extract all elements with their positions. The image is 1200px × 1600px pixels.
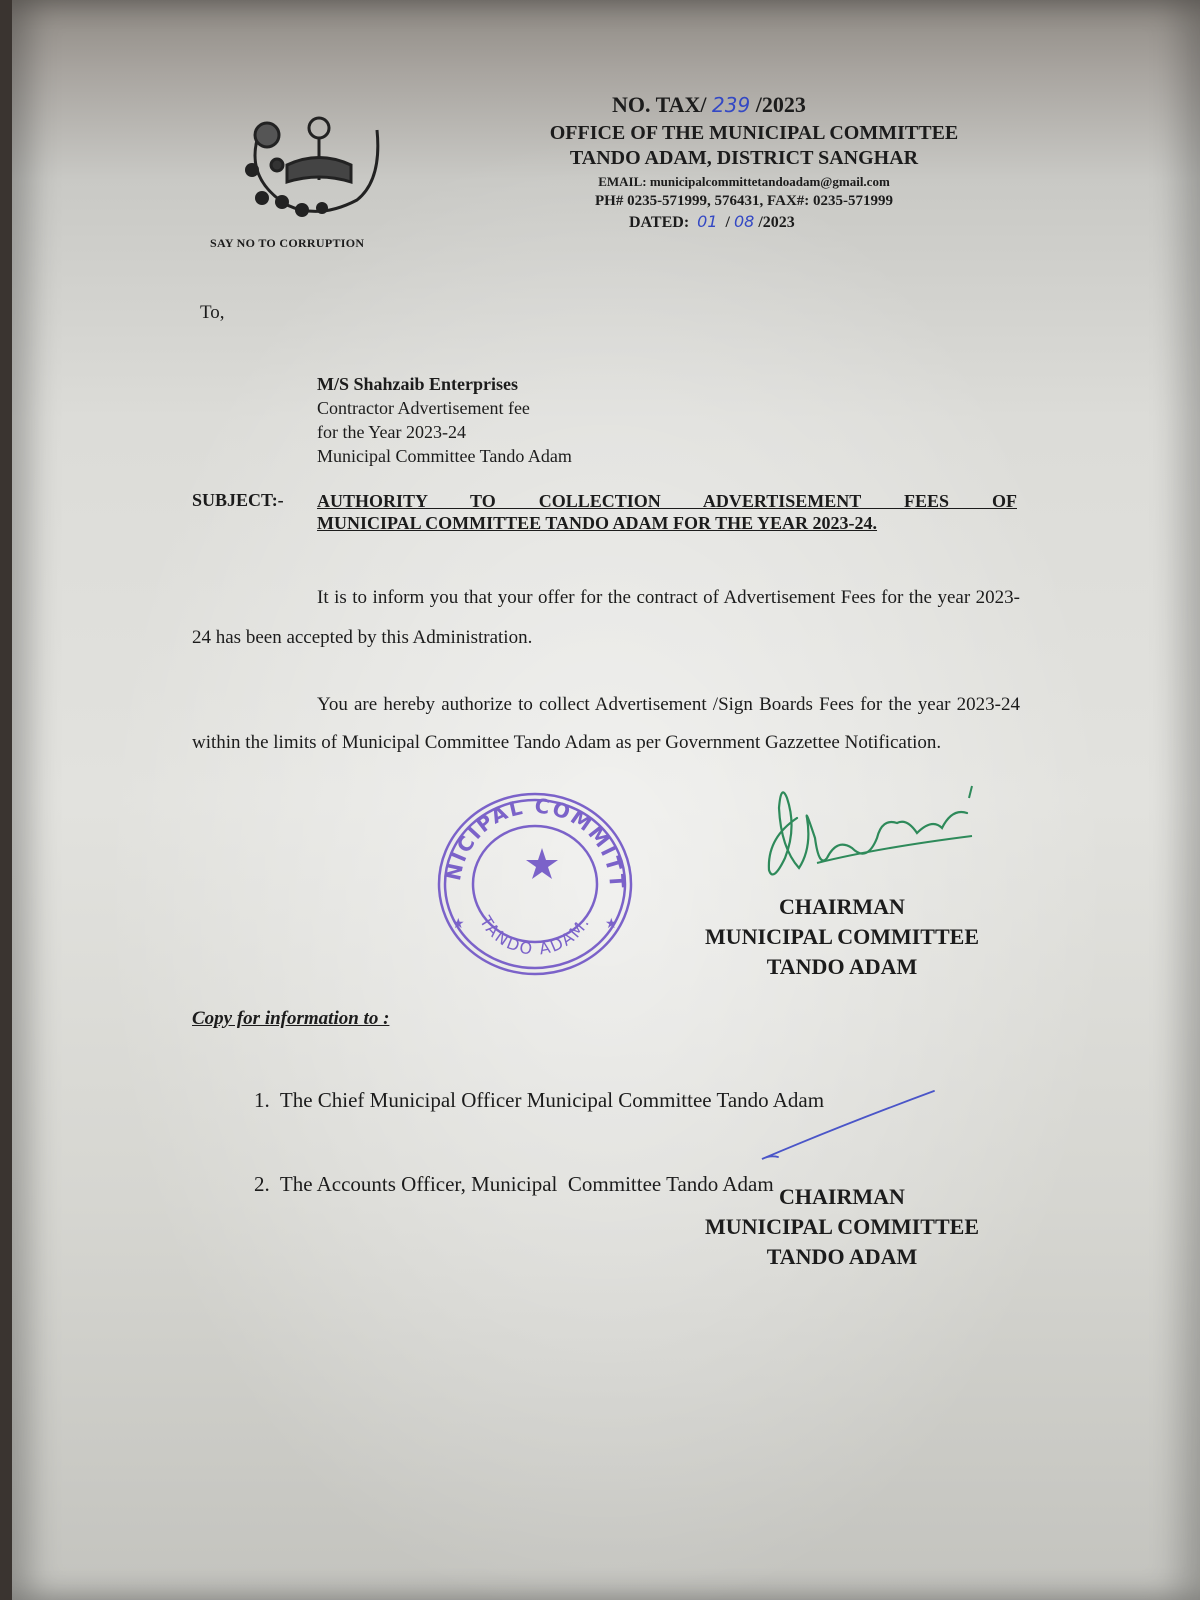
recipient-line: Municipal Committee Tando Adam	[317, 444, 572, 468]
recipient-line: for the Year 2023-24	[317, 420, 572, 444]
recipient-line: Contractor Advertisement fee	[317, 396, 572, 420]
svg-text:TANDO ADAM.: TANDO ADAM.	[476, 912, 594, 959]
subject-line-2: MUNICIPAL COMMITTEE TANDO ADAM FOR THE Y…	[317, 512, 1017, 534]
official-stamp-icon: MUNICIPAL COMMITTEE TANDO ADAM. ★ ★	[430, 788, 640, 978]
signatory-title: CHAIRMAN	[677, 892, 1007, 922]
ref-number-handwritten: 239	[712, 93, 750, 117]
subject-label: SUBJECT:-	[192, 490, 284, 511]
office-title: OFFICE OF THE MUNICIPAL COMMITTEE	[504, 122, 1004, 145]
stamp-ring-top: MUNICIPAL COMMITTEE	[430, 788, 629, 891]
svg-text:MUNICIPAL COMMITTEE: MUNICIPAL COMMITTEE	[430, 788, 629, 891]
subject-line-1: AUTHORITY TO COLLECTION ADVERTISEMENT FE…	[317, 490, 1017, 512]
copy-to-heading: Copy for information to :	[192, 1008, 389, 1030]
emblem-motto: SAY NO TO CORRUPTION	[210, 236, 364, 251]
recipient-address: M/S Shahzaib Enterprises Contractor Adve…	[317, 372, 572, 468]
government-emblem-icon	[227, 110, 397, 225]
letter-date: DATED: 01 / 08 /2023	[629, 212, 795, 232]
signatory-organization: MUNICIPAL COMMITTEE	[677, 1212, 1007, 1242]
svg-text:★: ★	[452, 917, 465, 932]
body-paragraph-2: You are hereby authorize to collect Adve…	[192, 686, 1020, 762]
signature-block-1: CHAIRMAN MUNICIPAL COMMITTEE TANDO ADAM	[677, 892, 1007, 982]
pen-stroke-icon	[752, 1085, 942, 1165]
copy-to-item: 1. The Chief Municipal Officer Municipal…	[254, 1086, 824, 1114]
office-phone: PH# 0235-571999, 576431, FAX#: 0235-5719…	[504, 193, 984, 210]
office-location: TANDO ADAM, DISTRICT SANGHAR	[504, 147, 984, 170]
signature-block-2: CHAIRMAN MUNICIPAL COMMITTEE TANDO ADAM	[677, 1182, 1007, 1272]
salutation: To,	[200, 302, 225, 324]
svg-text:★: ★	[605, 917, 618, 932]
stamp-ring-bottom: TANDO ADAM.	[476, 912, 594, 959]
recipient-name: M/S Shahzaib Enterprises	[317, 372, 572, 396]
signatory-location: TANDO ADAM	[677, 952, 1007, 982]
signatory-organization: MUNICIPAL COMMITTEE	[677, 922, 1007, 952]
body-paragraph-1: It is to inform you that your offer for …	[192, 578, 1020, 658]
signatory-title: CHAIRMAN	[677, 1182, 1007, 1212]
office-email: EMAIL: municipalcommittetandoadam@gmail.…	[504, 174, 984, 190]
subject-text: AUTHORITY TO COLLECTION ADVERTISEMENT FE…	[317, 490, 1017, 534]
signatory-location: TANDO ADAM	[677, 1242, 1007, 1272]
reference-number: NO. TAX/ 239 /2023	[612, 92, 806, 118]
letter-page: SAY NO TO CORRUPTION NO. TAX/ 239 /2023 …	[12, 0, 1200, 1600]
handwritten-signature-icon	[757, 778, 987, 898]
